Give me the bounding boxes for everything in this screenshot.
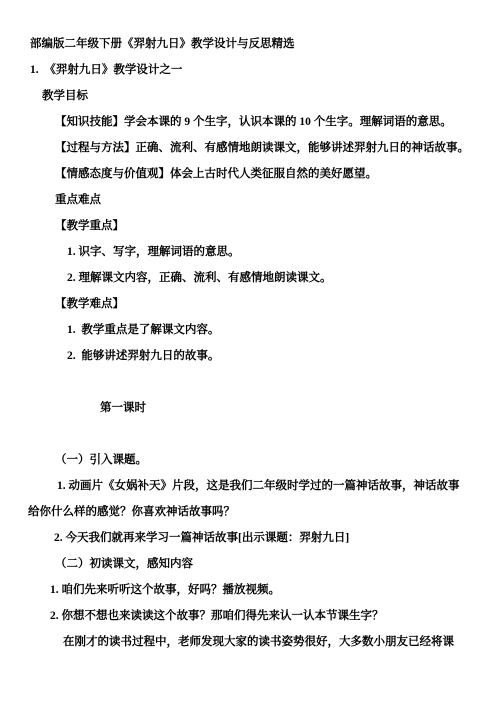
document-title: 部编版二年级下册《羿射九日》教学设计与反思精选	[30, 31, 496, 57]
step-2-reading-heading: （二）初读课文，感知内容	[55, 551, 496, 577]
reading-item-2: 2. 你想不想也来读读这个故事？那咱们得先来认一认本节课生字？	[50, 603, 496, 629]
step-1-intro-heading: （一）引入课题。	[55, 447, 496, 473]
goal-emotion-values: 【情感态度与价值观】体会上古时代人类征服自然的美好愿望。	[55, 161, 496, 187]
intro-item-1-line-1: 1. 动画片《女娲补天》片段，这是我们二年级时学过的一篇神话故事，神话故事	[57, 473, 496, 499]
reading-paragraph: 在刚才的读书过程中，老师发现大家的读书姿势很好，大多数小朋友已经将课	[63, 629, 496, 655]
goal-process-method: 【过程与方法】正确、流利、有感情地朗读课文，能够讲述羿射九日的神话故事。	[55, 135, 496, 161]
focus-item-2: 2. 理解课文内容，正确、流利、有感情地朗读课文。	[67, 265, 496, 291]
section-heading-design-1: 1. 《羿射九日》教学设计之一	[30, 57, 496, 83]
heading-first-lesson: 第一课时	[100, 395, 496, 421]
difficulty-item-1: 1. 教学重点是了解课文内容。	[67, 317, 496, 343]
goal-knowledge-skills: 【知识技能】学会本课的 9 个生字，认识本课的 10 个生字。理解词语的意思。	[55, 109, 496, 135]
heading-teaching-focus: 【教学重点】	[55, 213, 496, 239]
intro-item-1-line-2: 给你什么样的感觉？你喜欢神话故事吗？	[28, 499, 496, 525]
heading-key-difficulties: 重点难点	[55, 187, 496, 213]
reading-item-1: 1. 咱们先来听听这个故事，好吗？播放视频。	[50, 577, 496, 603]
intro-item-2: 2. 今天我们就再来学习一篇神话故事[出示课题：羿射九日]	[54, 525, 496, 551]
document-body: 部编版二年级下册《羿射九日》教学设计与反思精选1. 《羿射九日》教学设计之一教学…	[0, 31, 496, 655]
difficulty-item-2: 2. 能够讲述羿射九日的故事。	[67, 343, 496, 369]
document-page: 部编版二年级下册《羿射九日》教学设计与反思精选1. 《羿射九日》教学设计之一教学…	[0, 0, 496, 702]
heading-teaching-goals: 教学目标	[42, 83, 496, 109]
focus-item-1: 1. 识字、写字，理解词语的意思。	[67, 239, 496, 265]
heading-teaching-difficulty: 【教学难点】	[55, 291, 496, 317]
